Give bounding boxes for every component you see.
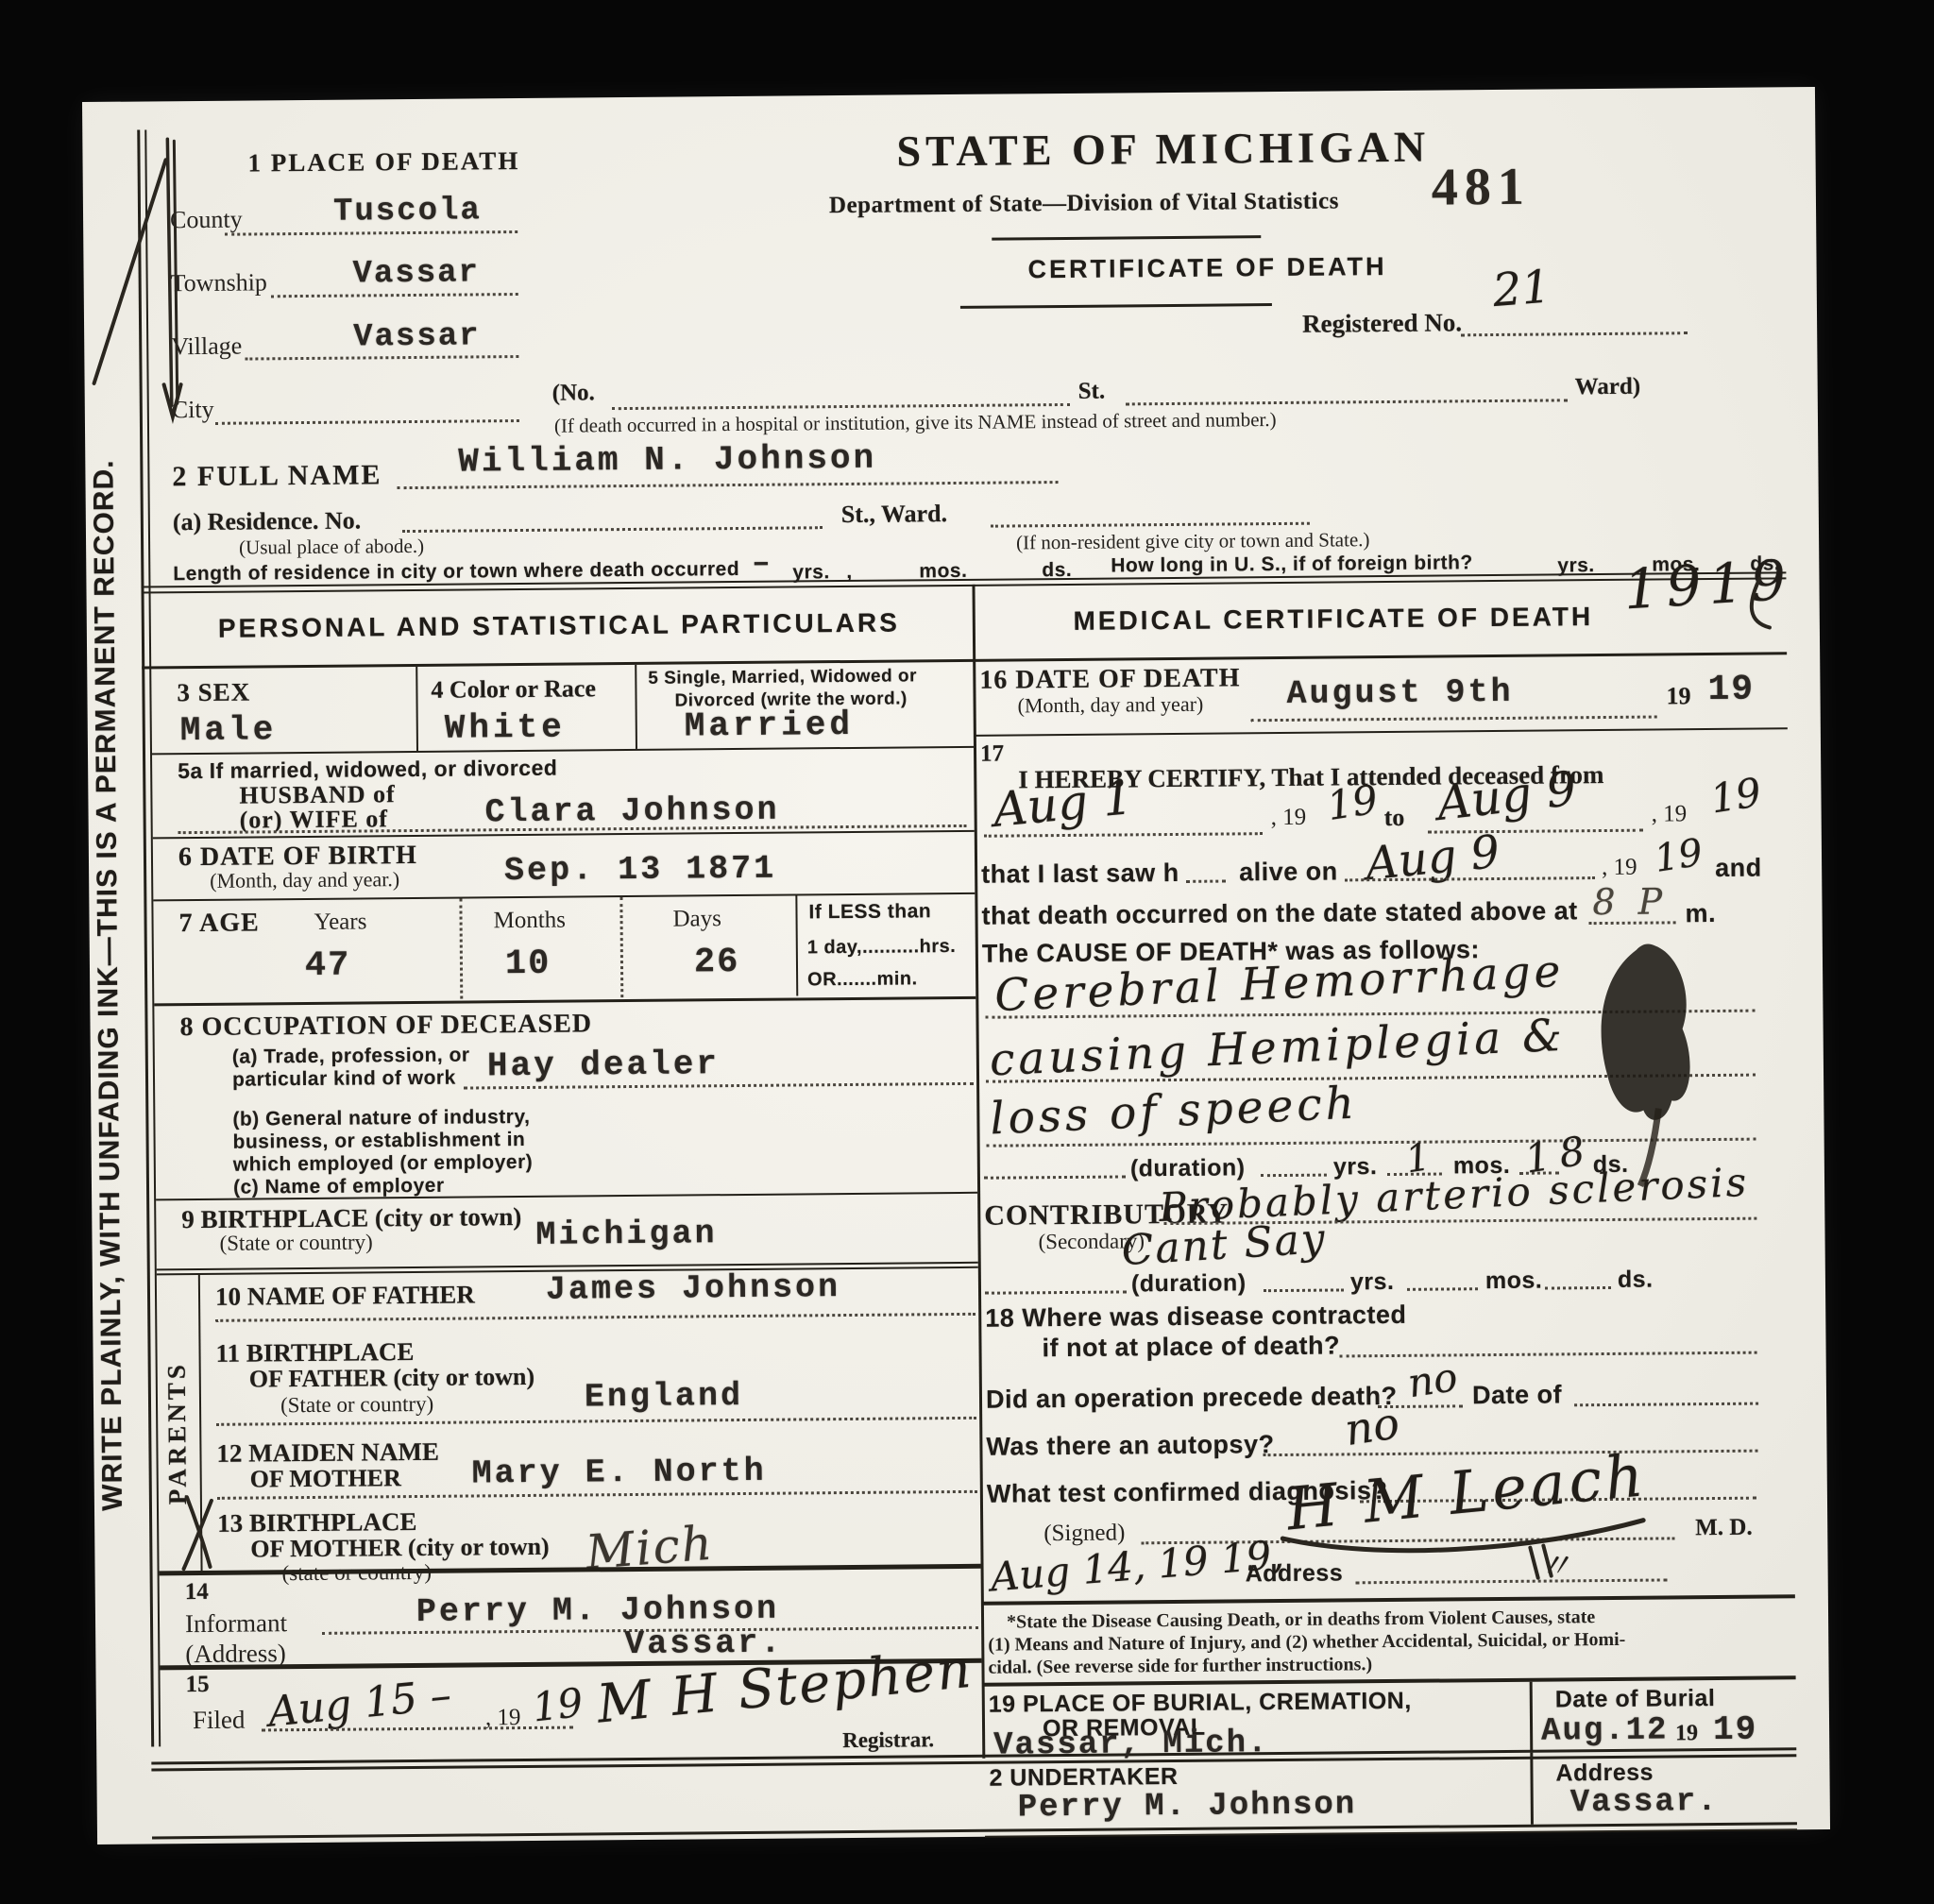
rule-under-16 [975, 727, 1788, 737]
cause-line-3: loss of speech [989, 1080, 1358, 1143]
township-label: Township [171, 269, 267, 296]
death-occurred-line: that death occurred on the date stated a… [981, 897, 1577, 929]
physician-signature: H M Leach [1284, 1444, 1650, 1539]
burial-date-label: Date of Burial [1555, 1686, 1716, 1712]
address-label: Address [1246, 1560, 1344, 1586]
lastsaw-year-printed: , 19 [1602, 856, 1637, 881]
father-birthplace-label-2: OF FATHER (city or town) [249, 1364, 535, 1392]
birthplace-sub-label: (State or country) [219, 1231, 372, 1255]
band-bottom-rule [142, 652, 1787, 669]
duration2-mos: mos. [1485, 1268, 1543, 1294]
age-years-value: 47 [305, 948, 351, 985]
lastsaw-and-label: and [1715, 855, 1762, 882]
header-divider-2 [960, 303, 1272, 309]
race-label: 4 Color or Race [431, 675, 596, 703]
spouse-value: Clara Johnson [484, 793, 779, 830]
burial-column-divider [1530, 1682, 1534, 1753]
street-ward-label: Ward) [1575, 375, 1641, 400]
filed-label: Filed [193, 1707, 246, 1734]
street-st-line [1126, 399, 1568, 405]
father-name-value: James Johnson [546, 1270, 840, 1307]
heavy-rule-above-footnote [983, 1594, 1795, 1606]
header-divider-1 [992, 235, 1261, 240]
duration2-label: (duration) [1131, 1270, 1247, 1296]
father-name-label: 10 NAME OF FATHER [215, 1281, 475, 1310]
filed-year-handwriting: 19 [530, 1682, 585, 1729]
attended-to-year-printed: , 19 [1652, 802, 1688, 827]
date-of-label: Date of [1472, 1381, 1562, 1408]
howlong-label: How long in U. S., if of foreign birth? [1111, 552, 1473, 576]
lastsaw-pre-label: that I last saw h [981, 859, 1179, 888]
duration2-line-c [1545, 1286, 1611, 1290]
rule-under-age [154, 996, 975, 1007]
informant-number: 14 [185, 1580, 209, 1605]
lastsaw-year: 19 [1652, 833, 1705, 879]
age-months-label: Months [493, 909, 566, 934]
undertaker-value: Perry M. Johnson [1018, 1789, 1357, 1826]
death-hour-value: 8 P [1592, 883, 1668, 922]
burial-year-printed: 19 [1675, 1722, 1698, 1745]
village-line [245, 355, 518, 361]
burial-place-value: Vassar, Mich. [993, 1727, 1269, 1763]
undertaker-address-value: Vassar. [1570, 1786, 1719, 1821]
fullname-line [398, 481, 1059, 489]
age-months-value: 10 [505, 946, 551, 983]
q17-number: 17 [980, 742, 1004, 767]
occupation-label: 8 OCCUPATION OF DECEASED [179, 1010, 592, 1041]
father-birthplace-label-1: 11 BIRTHPLACE [215, 1338, 414, 1367]
right-band-title: MEDICAL CERTIFICATE OF DEATH [1031, 603, 1636, 636]
city-line [215, 419, 519, 425]
fullname-value: William N. Johnson [458, 441, 876, 481]
occupation-b-label-1: (b) General nature of industry, [232, 1107, 530, 1130]
scanned-death-certificate: WRITE PLAINLY, WITH UNFADING INK—THIS IS… [0, 0, 1934, 1904]
informant-address-label: (Address) [185, 1640, 286, 1667]
year-note-handwriting: 1919 [1622, 552, 1795, 620]
birthplace-value: Michigan [535, 1216, 717, 1252]
length-residence-value: – [752, 548, 772, 580]
sex-value: Male [180, 712, 278, 749]
duration2-ds: ds. [1618, 1267, 1654, 1293]
sign-date-handwriting: Aug 14, 19 19, [989, 1534, 1285, 1598]
file-number-stamp: 481 [1432, 160, 1532, 216]
occupation-b-label-2: business, or establishment in [233, 1130, 526, 1153]
hospital-note: (If death occurred in a hospital or inst… [554, 409, 1277, 436]
age-divider-2 [619, 897, 623, 997]
occupation-a-label-2: particular kind of work [232, 1068, 456, 1091]
registered-no-value: 21 [1491, 263, 1552, 314]
date-of-death-sub: (Month, day and year) [1017, 693, 1203, 717]
occupation-c-label: (c) Name of employer [233, 1176, 445, 1198]
mother-maiden-label-2: OF MOTHER [250, 1465, 401, 1492]
attended-from-year-printed: , 19 [1271, 806, 1307, 831]
department-line: Department of State—Division of Vital St… [829, 189, 1339, 218]
duration2-yrs: yrs. [1350, 1269, 1395, 1295]
attended-from-date: Aug 1 [991, 773, 1134, 835]
form-left-border-inner [144, 129, 161, 1746]
abode-note: (Usual place of abode.) [239, 535, 424, 558]
lastsaw-post-label: alive on [1239, 858, 1338, 885]
village-value: Vassar [353, 320, 481, 355]
date-of-death-label: 16 DATE OF DEATH [979, 664, 1240, 694]
q18-line-1: 18 Where was disease contracted [985, 1301, 1406, 1332]
marital-value: Married [685, 707, 855, 744]
county-value: Tuscola [333, 195, 482, 229]
informant-address-value: Vassar. [624, 1626, 783, 1662]
ifless-label-1: If LESS than [808, 901, 931, 923]
footnote-line-1: *State the Disease Causing Death, or in … [1007, 1607, 1595, 1632]
filed-date-handwriting: Aug 15 – [266, 1674, 453, 1735]
mother-birthplace-label-2: OF MOTHER (city or town) [250, 1534, 550, 1562]
certificate-title: CERTIFICATE OF DEATH [1027, 253, 1386, 283]
duration2-lead-line [985, 1290, 1127, 1294]
residence-line [402, 526, 823, 533]
street-st-label: St. [1078, 380, 1106, 404]
father-birthplace-sub: (State or country) [280, 1393, 433, 1418]
address-line [1356, 1578, 1668, 1584]
operation-line-b [1574, 1402, 1758, 1407]
mother-birthplace-label-1: 13 BIRTHPLACE [217, 1508, 417, 1537]
undertaker-label: 2 UNDERTAKER [989, 1764, 1178, 1791]
parents-vertical-label: PARENTS [162, 1300, 192, 1565]
township-value: Vassar [352, 257, 480, 292]
footnote-line-2: (1) Means and Nature of Injury, and (2) … [988, 1630, 1625, 1656]
dob-value: Sep. 13 1871 [504, 852, 776, 889]
father-birthplace-line [216, 1417, 976, 1426]
place-of-death-title: 1 PLACE OF DEATH [247, 147, 519, 177]
city-label: City [172, 397, 214, 423]
ifless-label-2: 1 day,..........hrs. [807, 937, 957, 958]
burial-year-value: 19 [1713, 1712, 1758, 1748]
occupation-b-label-3: which employed (or employer) [233, 1152, 534, 1176]
contributory-value-2: Cant Say [1120, 1217, 1328, 1273]
death-occurred-m: m. [1685, 900, 1716, 927]
age-divider-1 [459, 899, 463, 999]
state-title: STATE OF MICHIGAN [896, 125, 1430, 175]
q18-line [1340, 1351, 1757, 1358]
duration2-line-b [1407, 1287, 1478, 1291]
undertaker-divider [1530, 1753, 1534, 1825]
burial-label-1: 19 PLACE OF BURIAL, CREMATION, [989, 1689, 1412, 1717]
ifless-label-3: OR.......min. [807, 969, 918, 990]
married-to-label-1: 5a If married, widowed, or divorced [178, 756, 557, 783]
attended-to-year: 19 [1707, 772, 1763, 821]
age-label: 7 AGE [178, 909, 259, 937]
age-days-value: 26 [694, 944, 740, 981]
fullname-label: 2 FULL NAME [172, 460, 382, 491]
age-days-label: Days [672, 907, 721, 932]
operation-label: Did an operation precede death? [986, 1383, 1398, 1413]
ink-blot [1601, 943, 1690, 1120]
sex-label: 3 SEX [177, 679, 250, 706]
county-label: County [170, 207, 243, 233]
length-ds-label: ds. [1042, 560, 1072, 581]
parents-inner-divider [198, 1273, 203, 1571]
attended-to-date: Aug 9 [1434, 764, 1579, 829]
margin-note: WRITE PLAINLY, WITH UNFADING INK—THIS IS… [87, 263, 129, 1708]
date-of-death-year-printed: 19 [1666, 683, 1690, 709]
footnote-line-3: cidal. (See reverse side for further ins… [988, 1655, 1372, 1678]
duration1-line-a [1261, 1174, 1327, 1178]
father-birthplace-value: England [585, 1379, 743, 1415]
q18-line-2: if not at place of death? [1042, 1332, 1340, 1361]
occupation-a-label-1: (a) Trade, profession, or [232, 1045, 470, 1067]
duration1-label: (duration) [1130, 1155, 1246, 1181]
st-ward-line [991, 522, 1310, 528]
death-hour-line [1589, 921, 1676, 925]
date-of-death-year-value: 19 [1707, 671, 1755, 709]
filed-number: 15 [186, 1673, 210, 1697]
township-line [271, 293, 518, 297]
howlong-yrs-label: yrs. [1557, 555, 1595, 576]
left-band-title: PERSONAL AND STATISTICAL PARTICULARS [200, 608, 918, 642]
certificate-page: WRITE PLAINLY, WITH UNFADING INK—THIS IS… [82, 87, 1830, 1844]
age-divider-3 [795, 895, 798, 995]
county-line [225, 230, 517, 236]
length-mos-label: mos. [919, 561, 967, 582]
length-yrs-label: yrs. [792, 562, 830, 583]
dob-sub-label: (Month, day and year.) [210, 868, 399, 892]
signed-label: (Signed) [1043, 1521, 1125, 1546]
street-no-line [612, 403, 1070, 410]
duration2-line-a [1264, 1288, 1344, 1292]
lastsaw-gap-line [1186, 880, 1226, 883]
registrar-label: Registrar. [842, 1728, 934, 1752]
residence-label: (a) Residence. No. [173, 507, 362, 535]
length-comma: , [846, 562, 853, 583]
informant-label: Informant [185, 1609, 287, 1637]
attended-from-year: 19 [1325, 779, 1381, 828]
registered-no-line [1461, 331, 1688, 336]
address-ditto-mark: 〃 [1537, 1549, 1571, 1585]
race-marital-divider [635, 665, 637, 749]
cause-line-2: causing Hemiplegia & [989, 1012, 1567, 1084]
street-no-label: (No. [552, 381, 595, 406]
md-label: M. D. [1695, 1516, 1753, 1541]
birthplace-label: 9 BIRTHPLACE (city or town) [181, 1203, 521, 1232]
age-years-label: Years [314, 909, 366, 935]
duration1-lead-line [984, 1175, 1126, 1179]
registered-no-label: Registered No. [1302, 309, 1462, 337]
occupation-value: Hay dealer [487, 1046, 720, 1084]
father-name-line [215, 1313, 975, 1322]
operation-value: no [1405, 1356, 1460, 1404]
mother-maiden-label-1: 12 MAIDEN NAME [216, 1438, 439, 1467]
sex-race-divider [416, 667, 418, 751]
st-ward-label: St., Ward. [841, 501, 947, 527]
race-value: White [445, 710, 566, 747]
burial-date-value: Aug.12 [1541, 1714, 1669, 1749]
village-label: Village [171, 333, 242, 360]
marital-label-1: 5 Single, Married, Widowed or [648, 667, 917, 688]
mother-maiden-value: Mary E. North [472, 1454, 767, 1491]
autopsy-value: no [1342, 1400, 1402, 1453]
attended-to-label: to [1384, 805, 1405, 830]
date-of-death-value: August 9th [1286, 675, 1513, 712]
undertaker-address-label: Address [1555, 1760, 1654, 1786]
nonresident-note: (If non-resident give city or town and S… [1016, 529, 1370, 552]
date-of-death-line [1251, 716, 1657, 722]
autopsy-label: Was there an autopsy? [986, 1431, 1274, 1460]
